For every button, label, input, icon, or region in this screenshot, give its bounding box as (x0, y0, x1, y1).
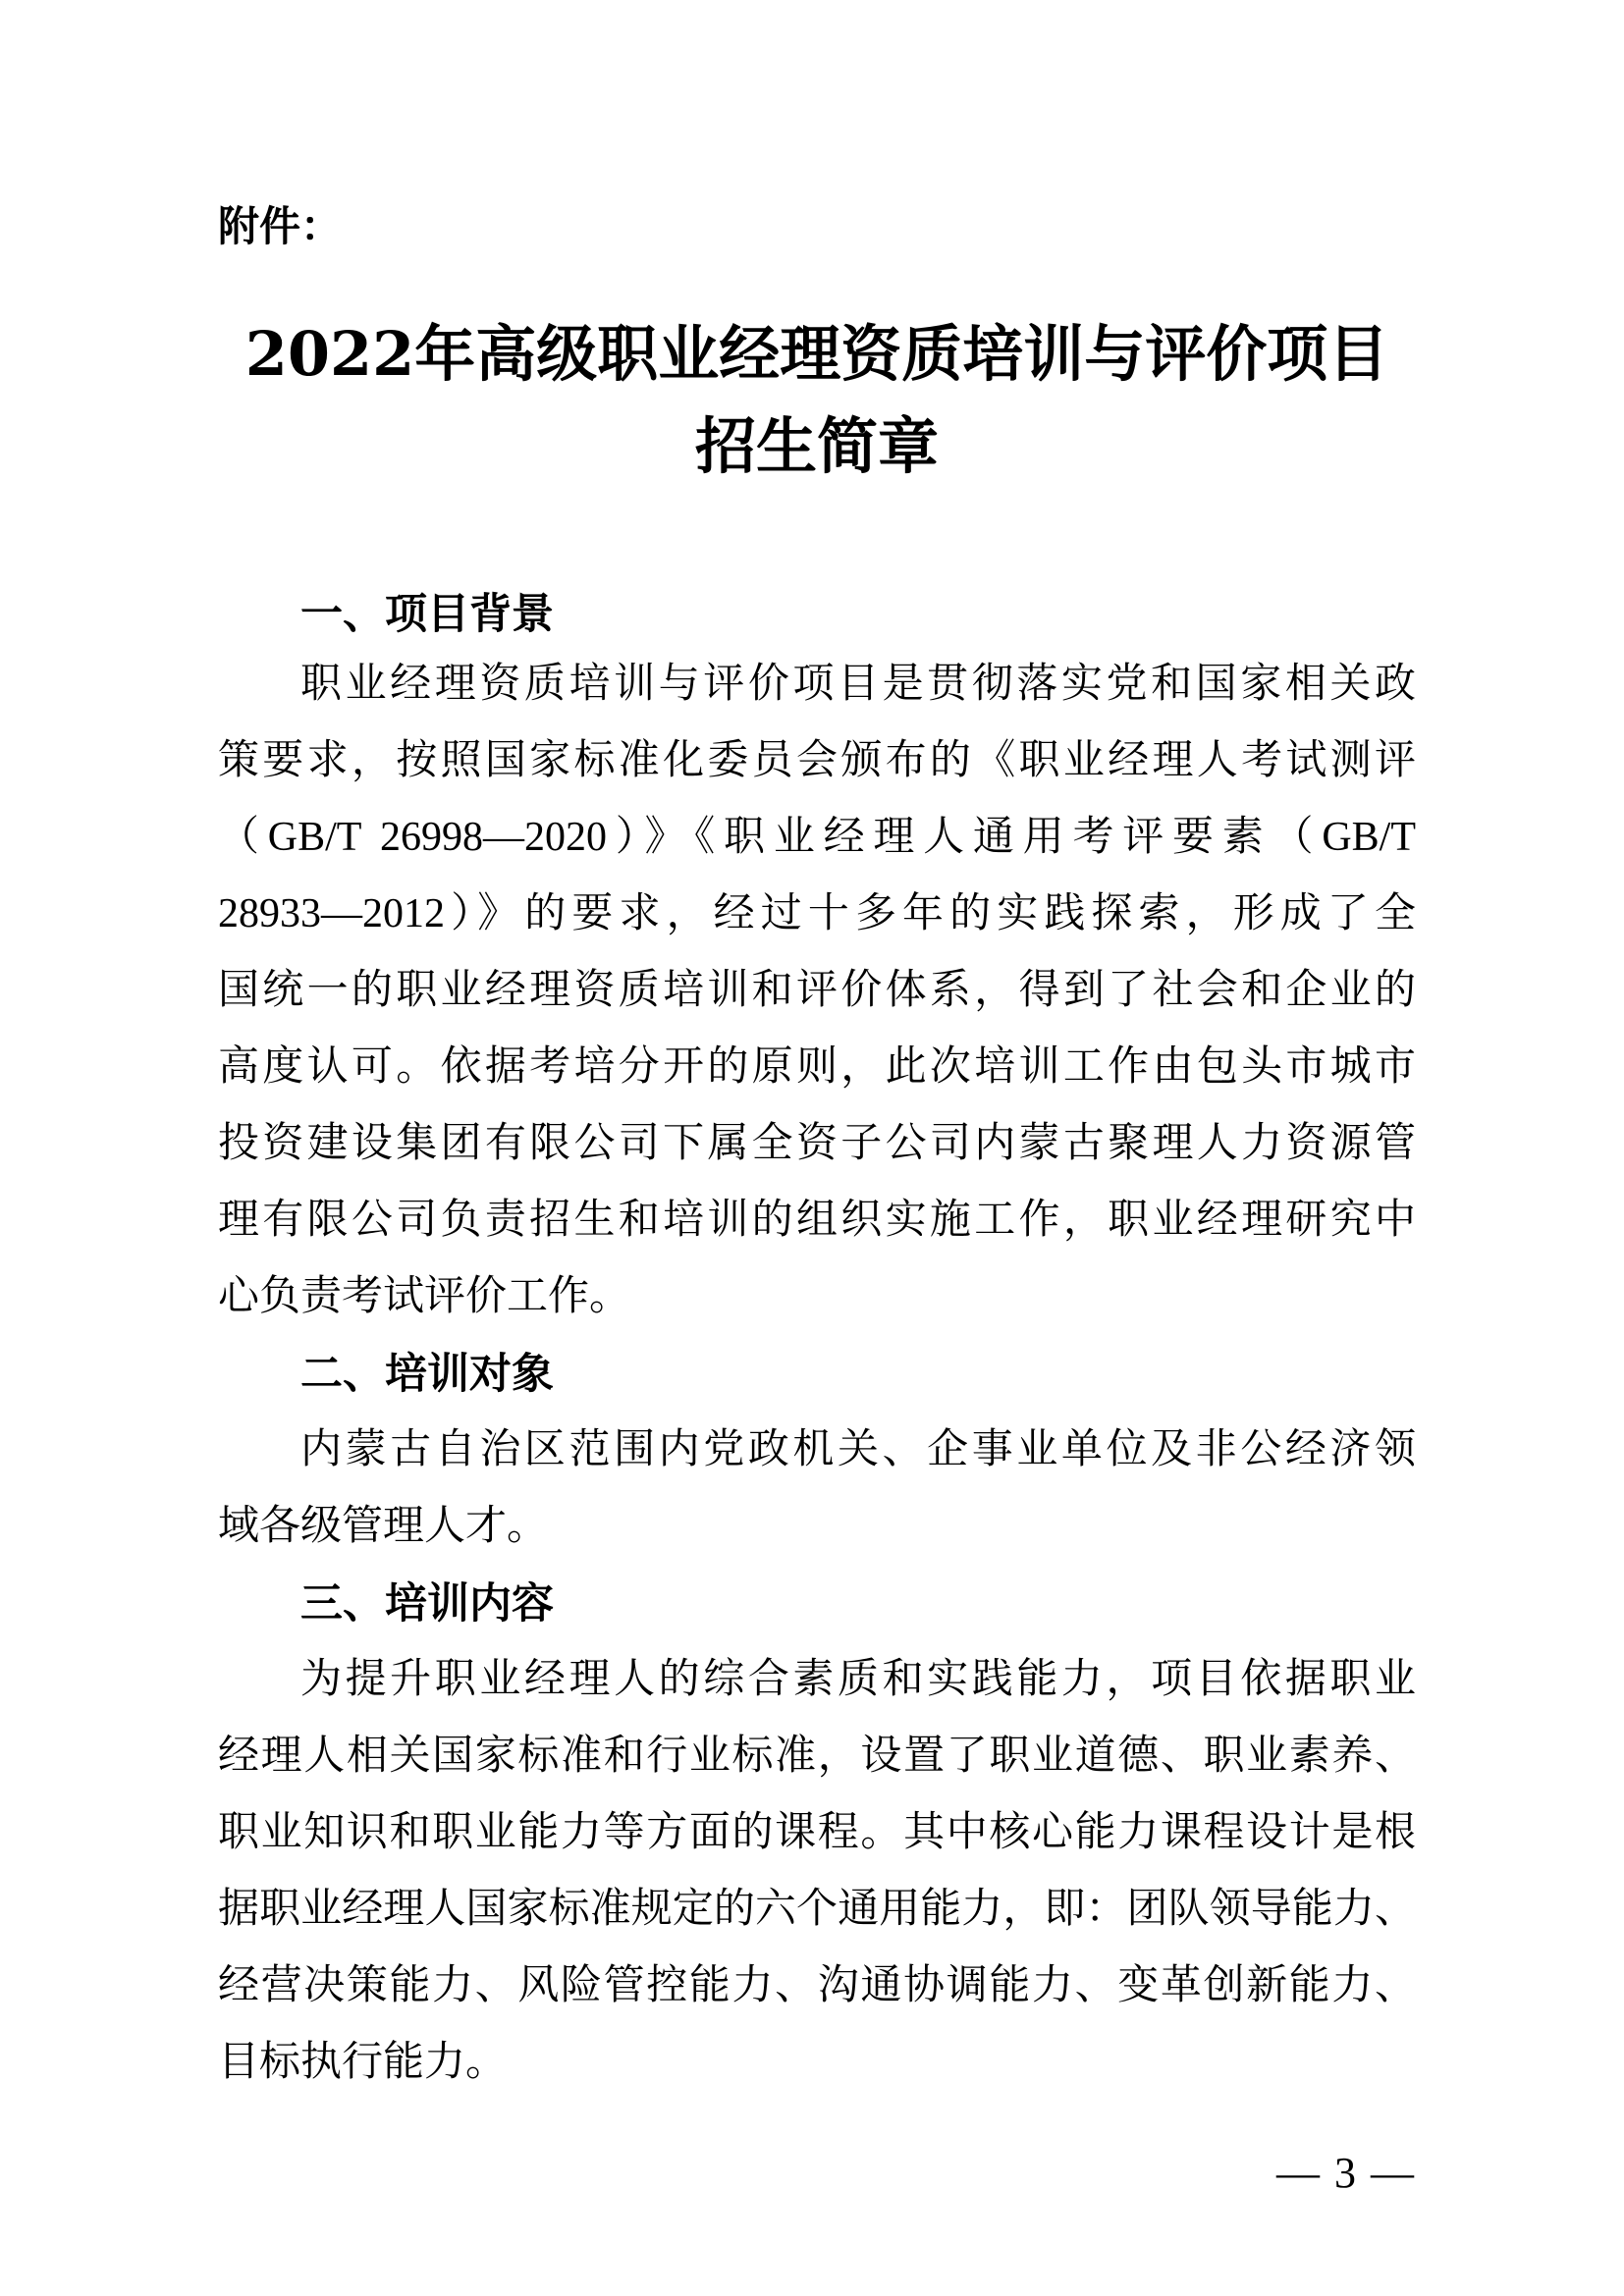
document-title-line-2: 招生简章 (218, 400, 1416, 493)
text-line: 据职业经理人国家标准规定的六个通用能力，即：团队领导能力、 (218, 1871, 1416, 1948)
text-line: 心负责考试评价工作。 (218, 1258, 1416, 1335)
text-line: 国统一的职业经理资质培训和评价体系，得到了社会和企业的 (218, 952, 1416, 1029)
paragraph-training-target: 内蒙古自治区范围内党政机关、企事业单位及非公经济领域各级管理人才。 (218, 1412, 1416, 1565)
text-line: 经营决策能力、风险管控能力、沟通协调能力、变革创新能力、 (218, 1948, 1416, 2024)
text-line: 内蒙古自治区范围内党政机关、企事业单位及非公经济领 (218, 1412, 1416, 1488)
text-line: 职业经理资质培训与评价项目是贯彻落实党和国家相关政 (218, 646, 1416, 722)
text-line: 投资建设集团有限公司下属全资子公司内蒙古聚理人力资源管 (218, 1105, 1416, 1182)
text-line: 目标执行能力。 (218, 2024, 1416, 2101)
document-title-line-1: 2022年高级职业经理资质培训与评价项目 (218, 308, 1416, 400)
paragraph-project-background: 职业经理资质培训与评价项目是贯彻落实党和国家相关政策要求，按照国家标准化委员会颁… (218, 646, 1416, 1335)
text-line: 经理人相关国家标准和行业标准，设置了职业道德、职业素养、 (218, 1718, 1416, 1794)
document-page: 附件： 2022年高级职业经理资质培训与评价项目 招生简章 一、项目背景 职业经… (0, 0, 1624, 2296)
section-heading-training-target: 二、培训对象 (218, 1343, 1416, 1406)
text-line: 职业知识和职业能力等方面的课程。其中核心能力课程设计是根 (218, 1794, 1416, 1871)
text-line: （GB/T 26998—2020）》《职业经理人通用考评要素（GB/T (218, 799, 1416, 876)
document-content: 附件： 2022年高级职业经理资质培训与评价项目 招生简章 一、项目背景 职业经… (218, 0, 1416, 2195)
paragraph-training-content: 为提升职业经理人的综合素质和实践能力，项目依据职业经理人相关国家标准和行业标准，… (218, 1641, 1416, 2101)
text-line: 为提升职业经理人的综合素质和实践能力，项目依据职业 (218, 1641, 1416, 1718)
text-line: 理有限公司负责招生和培训的组织实施工作，职业经理研究中 (218, 1182, 1416, 1258)
text-line: 策要求，按照国家标准化委员会颁布的《职业经理人考试测评 (218, 722, 1416, 799)
document-title: 2022年高级职业经理资质培训与评价项目 招生简章 (218, 308, 1416, 493)
section-heading-project-background: 一、项目背景 (218, 583, 1416, 646)
text-line: 域各级管理人才。 (218, 1488, 1416, 1565)
page-number: — 3 — (218, 2152, 1416, 2195)
text-line: 高度认可。依据考培分开的原则，此次培训工作由包头市城市 (218, 1029, 1416, 1105)
attachment-label: 附件： (218, 197, 1416, 256)
text-line: 28933—2012）》的要求，经过十多年的实践探索，形成了全 (218, 876, 1416, 952)
section-heading-training-content: 三、培训内容 (218, 1573, 1416, 1635)
